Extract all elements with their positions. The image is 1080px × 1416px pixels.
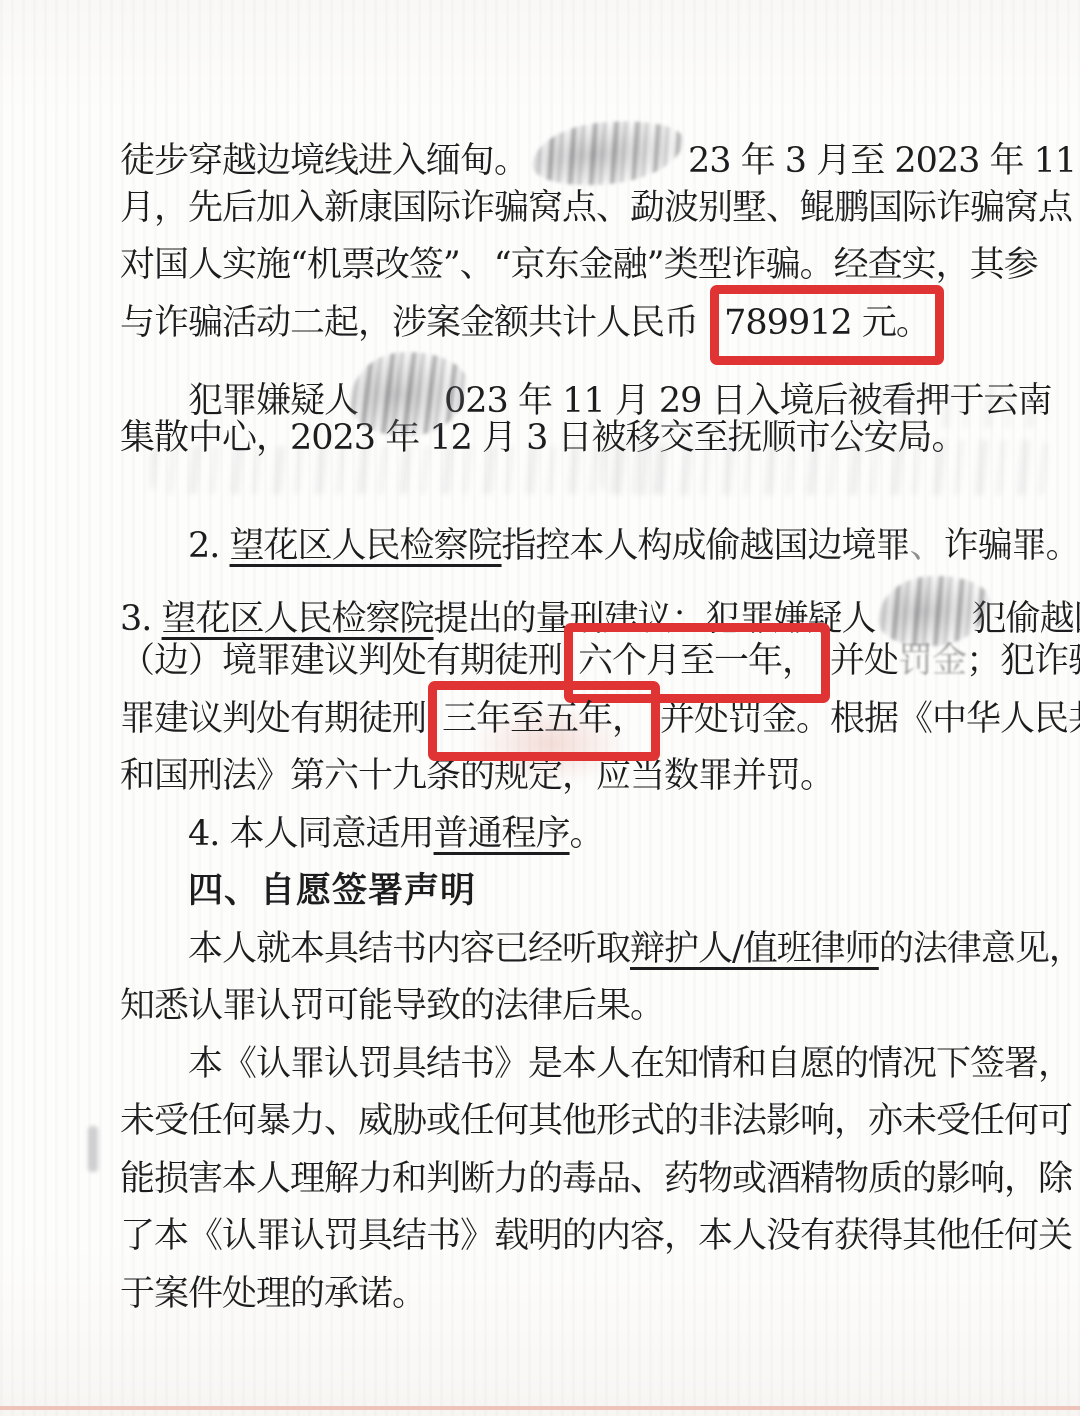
body-text: 于案件处理的承诺。 — [120, 1274, 426, 1314]
body-text: 诈骗罪。 — [944, 526, 1080, 566]
text-line-7: 2. 望花区人民检察院指控本人构成偷越国边境罪、诈骗罪。 — [120, 518, 1050, 576]
body-text: 本人就本具结书内容已经听取 — [188, 929, 630, 969]
body-text: 能损害本人理解力和判断力的毒品、药物或酒精物质的影响，除 — [120, 1159, 1072, 1199]
section-heading-4: 四、自愿签署声明 — [120, 863, 1050, 921]
body-text: 并处 — [830, 641, 898, 681]
body-text: 。 — [570, 814, 604, 854]
body-text: 和国刑法》第六十九条的规定，应当数罪并罚。 — [120, 756, 834, 796]
text-line-6: 集散中心，2023 年 12 月 3 日被移交至抚顺市公安局。 — [120, 410, 1050, 468]
text-line-17: 未受任何暴力、威胁或任何其他形式的非法影响，亦未受任何可 — [120, 1093, 1050, 1151]
body-text: 知悉认罪认罚可能导致的法律后果。 — [120, 986, 664, 1026]
body-text: 4. 本人同意适用 — [188, 814, 434, 854]
body-text: 23 年 3 月至 2023 年 11 — [688, 141, 1076, 181]
body-text: 指控本人构成偷越国边境罪 — [502, 526, 910, 566]
text-line-18: 能损害本人理解力和判断力的毒品、药物或酒精物质的影响，除 — [120, 1151, 1050, 1209]
body-text: （边）境罪建议判处有期徒刑 — [120, 641, 562, 681]
body-text: 的法律意见， — [879, 929, 1080, 969]
text-line-20: 于案件处理的承诺。 — [120, 1266, 1050, 1324]
underlined-text: 辩护人/值班律师 — [630, 929, 879, 969]
underlined-text: 普通程序 — [434, 814, 570, 854]
scan-edge-mark — [88, 1126, 98, 1172]
body-text: 与诈骗活动二起，涉案金额共计人民币 — [120, 303, 708, 343]
scan-edge-line — [0, 1406, 1080, 1410]
text-line-2: 月，先后加入新康国际诈骗窝点、勐波别墅、鲲鹏国际诈骗窝点 — [120, 180, 1050, 238]
underlined-text: 望花区人民检察院 — [230, 526, 502, 566]
document-text: 徒步穿越边境线进入缅甸。23 年 3 月至 2023 年 11 月，先后加入新康… — [120, 122, 1050, 1323]
red-highlight-box-sentence-2: 三年至五年， — [428, 681, 660, 761]
text-line-12: 4. 本人同意适用普通程序。 — [120, 806, 1050, 864]
red-highlight-box-amount: 789912 元。 — [710, 285, 944, 365]
body-text: 罪建议判处有期徒刑 — [120, 699, 426, 739]
text-line-15: 知悉认罪认罚可能导致的法律后果。 — [120, 978, 1050, 1036]
body-text: ；犯诈骗 — [966, 641, 1080, 681]
smudged-text: 罚金 — [898, 641, 966, 681]
body-text: 月，先后加入新康国际诈骗窝点、勐波别墅、鲲鹏国际诈骗窝点 — [120, 188, 1072, 228]
faint-punctuation: 、 — [910, 526, 944, 566]
list-number: 2. — [188, 526, 230, 566]
body-text: 徒步穿越边境线进入缅甸。 — [120, 141, 528, 181]
body-text: 并处罚金。根据《中华人民共 — [660, 699, 1080, 739]
text-line-10: 罪建议判处有期徒刑三年至五年，并处罚金。根据《中华人民共 — [120, 691, 1050, 749]
body-text: 未受任何暴力、威胁或任何其他形式的非法影响，亦未受任何可 — [120, 1101, 1072, 1141]
body-text: 了本《认罪认罚具结书》载明的内容，本人没有获得其他任何关 — [120, 1216, 1072, 1256]
text-line-14: 本人就本具结书内容已经听取辩护人/值班律师的法律意见， — [120, 921, 1050, 979]
text-line-19: 了本《认罪认罚具结书》载明的内容，本人没有获得其他任何关 — [120, 1208, 1050, 1266]
text-line-1: 徒步穿越边境线进入缅甸。23 年 3 月至 2023 年 11 — [120, 122, 1050, 180]
body-text: 对国人实施“机票改签”、“京东金融”类型诈骗。经查实，其参 — [120, 245, 1038, 285]
body-text: 集散中心，2023 年 12 月 3 日被移交至抚顺市公安局。 — [120, 418, 966, 458]
body-text: 本《认罪认罚具结书》是本人在知情和自愿的情况下签署， — [188, 1044, 1072, 1084]
heading-text: 四、自愿签署声明 — [188, 871, 476, 911]
text-line-16: 本《认罪认罚具结书》是本人在知情和自愿的情况下签署， — [120, 1036, 1050, 1094]
scanned-document-page: 徒步穿越边境线进入缅甸。23 年 3 月至 2023 年 11 月，先后加入新康… — [0, 0, 1080, 1416]
text-line-4: 与诈骗活动二起，涉案金额共计人民币 789912 元。 — [120, 295, 1050, 353]
